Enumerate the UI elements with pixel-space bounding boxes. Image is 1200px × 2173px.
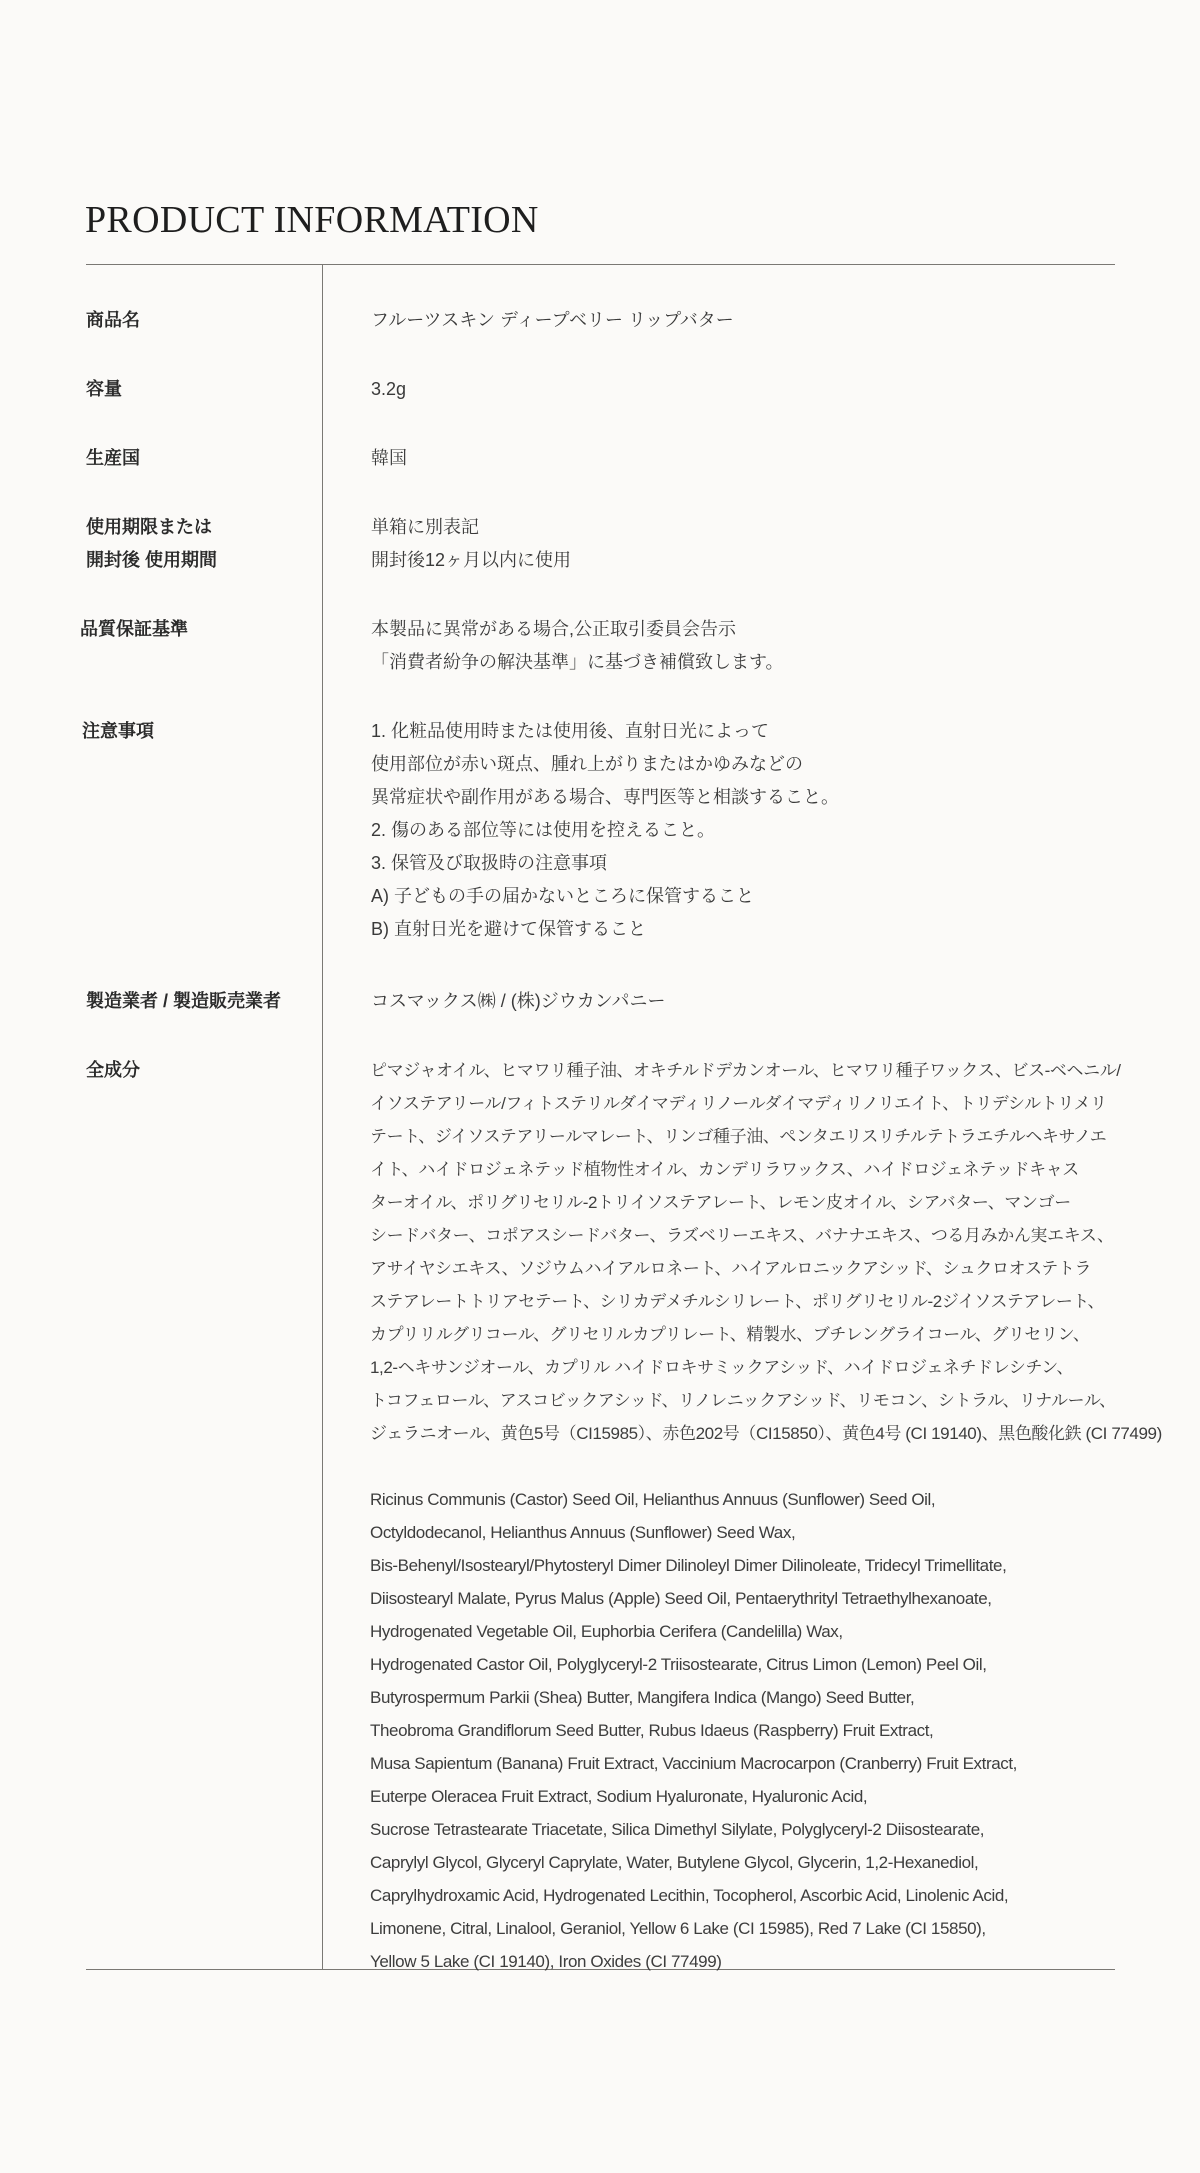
ingredient-en-line: Sucrose Tetrastearate Triacetate, Silica… (370, 1813, 1162, 1846)
ingredient-en-line: Bis-Behenyl/Isostearyl/Phytosteryl Dimer… (370, 1549, 1162, 1582)
label-product-name: 商品名 (86, 304, 140, 337)
ingredient-jp-line: ステアレートトリアセテート、シリカデメチルシリレート、ポリグリセリル-2ジイソス… (370, 1285, 1162, 1318)
ingredient-jp-line: ピマジャオイル、ヒマワリ種子油、オキチルドデカンオール、ヒマワリ種子ワックス、ビ… (370, 1054, 1162, 1087)
page-title: PRODUCT INFORMATION (85, 196, 539, 244)
ingredient-jp-line: トコフェロール、アスコビックアシッド、リノレニックアシッド、リモコン、シトラル、… (370, 1384, 1162, 1417)
ingredient-en-line: Caprylhydroxamic Acid, Hydrogenated Leci… (370, 1879, 1162, 1912)
value-quality: 本製品に異常がある場合,公正取引委員会告示 「消費者紛争の解決基準」に基づき補償… (371, 613, 784, 679)
label-expiry: 使用期限または 開封後 使用期間 (86, 511, 217, 577)
caution-line: 1. 化粧品使用時または使用後、直射日光によって (371, 715, 839, 748)
ingredient-en-line: Musa Sapientum (Banana) Fruit Extract, V… (370, 1747, 1162, 1780)
ingredient-en-line: Yellow 5 Lake (CI 19140), Iron Oxides (C… (370, 1945, 1162, 1978)
value-expiry: 単箱に別表記 開封後12ヶ月以内に使用 (371, 511, 571, 577)
ingredient-en-line: Caprylyl Glycol, Glyceryl Caprylate, Wat… (370, 1846, 1162, 1879)
caution-line: 3. 保管及び取扱時の注意事項 (371, 847, 839, 880)
value-volume: 3.2g (371, 373, 406, 406)
ingredient-jp-line: アサイヤシエキス、ソジウムハイアルロネート、ハイアルロニックアシッド、シュクロオ… (370, 1252, 1162, 1285)
ingredient-jp-line: 1,2-ヘキサンジオール、カプリル ハイドロキサミックアシッド、ハイドロジェネチ… (370, 1351, 1162, 1384)
ingredient-en-line: Theobroma Grandiflorum Seed Butter, Rubu… (370, 1714, 1162, 1747)
label-cautions: 注意事項 (82, 715, 154, 748)
value-manufacturer: コスマックス㈱ / (株)ジウカンパニー (371, 985, 665, 1018)
ingredient-en-line: Euterpe Oleracea Fruit Extract, Sodium H… (370, 1780, 1162, 1813)
caution-line: B) 直射日光を避けて保管すること (371, 913, 839, 946)
value-product-name: フルーツスキン ディープベリー リップバター (371, 304, 734, 337)
ingredient-en-line: Limonene, Citral, Linalool, Geraniol, Ye… (370, 1912, 1162, 1945)
ingredient-jp-line: イソステアリール/フィトステリルダイマディリノールダイマディリノリエイト、トリデ… (370, 1087, 1162, 1120)
label-expiry-line: 開封後 使用期間 (86, 544, 217, 577)
value-quality-line: 「消費者紛争の解決基準」に基づき補償致します。 (371, 646, 784, 679)
label-manufacturer: 製造業者 / 製造販売業者 (86, 985, 281, 1018)
ingredient-en-line: Hydrogenated Vegetable Oil, Euphorbia Ce… (370, 1615, 1162, 1648)
caution-line: A) 子どもの手の届かないところに保管すること (371, 880, 839, 913)
value-quality-line: 本製品に異常がある場合,公正取引委員会告示 (371, 613, 784, 646)
label-country: 生産国 (86, 442, 140, 475)
value-cautions: 1. 化粧品使用時または使用後、直射日光によって 使用部位が赤い斑点、腫れ上がり… (371, 715, 839, 946)
column-divider (322, 265, 323, 1969)
label-volume: 容量 (86, 373, 122, 406)
ingredient-en-line: Diisostearyl Malate, Pyrus Malus (Apple)… (370, 1582, 1162, 1615)
caution-line: 異常症状や副作用がある場合、専門医等と相談すること。 (371, 781, 839, 814)
label-expiry-line: 使用期限または (86, 511, 217, 544)
value-ingredients: ピマジャオイル、ヒマワリ種子油、オキチルドデカンオール、ヒマワリ種子ワックス、ビ… (370, 1054, 1162, 1978)
ingredient-en-line: Butyrospermum Parkii (Shea) Butter, Mang… (370, 1681, 1162, 1714)
ingredient-jp-line: テート、ジイソステアリールマレート、リンゴ種子油、ペンタエリスリチルテトラエチル… (370, 1120, 1162, 1153)
ingredient-en-line: Ricinus Communis (Castor) Seed Oil, Heli… (370, 1483, 1162, 1516)
ingredient-jp-line: ジェラニオール、黄色5号（CI15985）、赤色202号（CI15850）、黄色… (370, 1417, 1162, 1450)
caution-line: 2. 傷のある部位等には使用を控えること。 (371, 814, 839, 847)
ingredient-jp-line: ターオイル、ポリグリセリル-2トリイソステアレート、レモン皮オイル、シアバター、… (370, 1186, 1162, 1219)
ingredient-jp-line: イト、ハイドロジェネテッド植物性オイル、カンデリラワックス、ハイドロジェネテッド… (370, 1153, 1162, 1186)
product-info-table: 商品名 フルーツスキン ディープベリー リップバター 容量 3.2g 生産国 韓… (86, 264, 1115, 1970)
value-expiry-line: 開封後12ヶ月以内に使用 (371, 544, 571, 577)
ingredient-jp-line: シードバター、コポアスシードバター、ラズベリーエキス、バナナエキス、つる月みかん… (370, 1219, 1162, 1252)
ingredient-en-line: Hydrogenated Castor Oil, Polyglyceryl-2 … (370, 1648, 1162, 1681)
label-quality: 品質保証基準 (80, 613, 188, 646)
value-expiry-line: 単箱に別表記 (371, 511, 571, 544)
ingredient-jp-line: カプリリルグリコール、グリセリルカプリレート、精製水、ブチレングライコール、グリ… (370, 1318, 1162, 1351)
value-country: 韓国 (371, 442, 407, 475)
label-ingredients: 全成分 (86, 1054, 140, 1087)
caution-line: 使用部位が赤い斑点、腫れ上がりまたはかゆみなどの (371, 748, 839, 781)
ingredient-en-line: Octyldodecanol, Helianthus Annuus (Sunfl… (370, 1516, 1162, 1549)
ingredient-spacer (370, 1450, 1162, 1483)
